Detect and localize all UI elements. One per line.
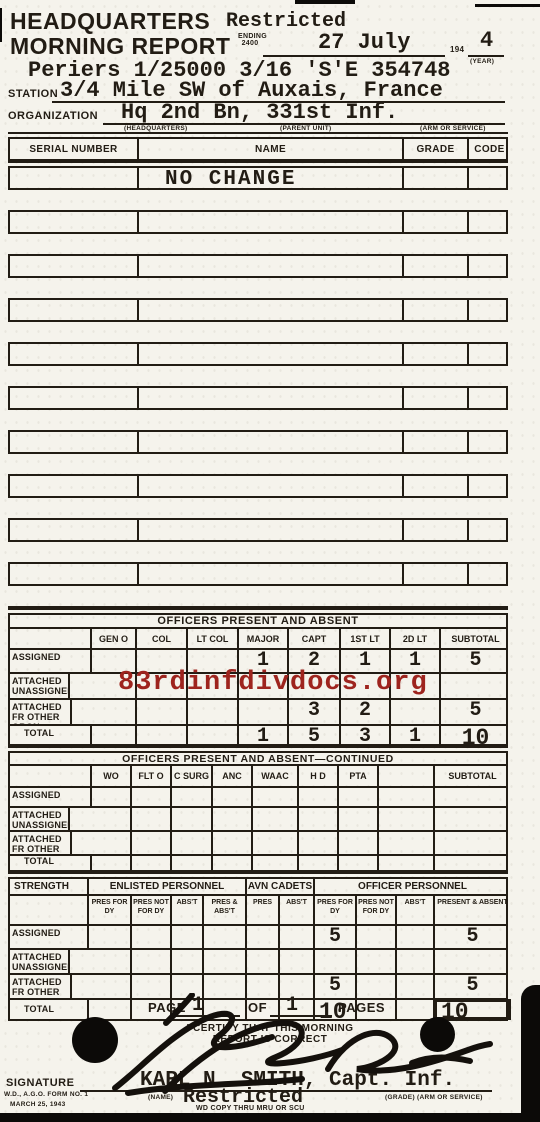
strength-group-header: STRENGTH ENLISTED PERSONNEL AVN CADETS O… (8, 879, 508, 896)
roster-header-row: SERIAL NUMBER NAME GRADE CODE (8, 139, 508, 161)
roster-spacer (8, 586, 508, 608)
rule (8, 872, 508, 879)
rule (8, 132, 508, 139)
corner-cell (10, 896, 89, 924)
col-major: MAJOR (239, 629, 289, 648)
roster-cell-code (469, 168, 510, 188)
col-subtotal: SUBTOTAL (441, 629, 510, 648)
signature-label: SIGNATURE (6, 1077, 74, 1089)
group-enlisted: ENLISTED PERSONNEL (89, 879, 247, 894)
organization-value: Hq 2nd Bn, 331st Inf. (121, 100, 398, 125)
roster-spacer (8, 190, 508, 212)
roster-row (8, 564, 508, 586)
caption-arm-service: (ARM OR SERVICE) (420, 125, 486, 132)
roster-col-name: NAME (139, 139, 404, 159)
col-subtotal: SUBTOTAL (435, 766, 510, 786)
col-anc: ANC (213, 766, 253, 786)
organization-label: ORGANIZATION (8, 110, 98, 122)
roster-cell-name: NO CHANGE (139, 168, 404, 188)
officers-row-total: TOTAL 1 5 3 1 10 (8, 726, 508, 746)
row-label: ASSIGNED (10, 650, 92, 672)
officers-table-title: OFFICERS PRESENT AND ABSENT (8, 615, 508, 629)
group-officer: OFFICER PERSONNEL (315, 879, 510, 894)
roster-spacer (8, 410, 508, 432)
roster-row (8, 300, 508, 322)
roster-cell-serial (10, 168, 139, 188)
roster-row (8, 212, 508, 234)
col-gen-o: GEN O (92, 629, 137, 648)
form-title-headquarters: HEADQUARTERS (10, 8, 210, 35)
col-capt: CAPT (289, 629, 341, 648)
scan-artifact (0, 8, 2, 42)
roster-cell-grade (404, 168, 469, 188)
date-value: 27 July (318, 30, 410, 55)
ending-2400-label: ENDING 2400 (238, 33, 262, 47)
form-title-morning-report: MORNING REPORT (10, 33, 230, 60)
strength-label: STRENGTH (10, 879, 89, 894)
col-waac: WAAC (253, 766, 299, 786)
rule (8, 746, 508, 753)
strength-subheader-row: PRES FOR DY PRES NOT FOR DY ABS'T PRES &… (8, 896, 508, 926)
col-wo: WO (92, 766, 132, 786)
officers-row-attached-fr-other: ATTACHED FR OTHER ORGN 3 2 5 (8, 700, 508, 726)
date-field: 27 July (263, 30, 445, 57)
roster-spacer (8, 278, 508, 300)
caption-parent-unit: (PARENT UNIT) (280, 125, 331, 132)
cont-row-total: TOTAL (8, 856, 508, 872)
row-label: TOTAL (10, 726, 92, 744)
corner-cell (10, 629, 92, 648)
col-col: COL (137, 629, 188, 648)
row-label: ATTACHED UNASSIGNED (10, 808, 70, 830)
organization-field: Hq 2nd Bn, 331st Inf. (103, 100, 505, 125)
roster-spacer (8, 322, 508, 344)
row-label: ATTACHED FR OTHER ORGN (10, 700, 72, 724)
row-label: ATTACHED UNASSIGNED (10, 674, 70, 698)
scan-artifact (475, 4, 540, 7)
officers-header-row: GEN O COL LT COL MAJOR CAPT 1ST LT 2D LT… (8, 629, 508, 650)
col-h-d: H D (299, 766, 339, 786)
col-pta: PTA (339, 766, 379, 786)
ending-time: 2400 (238, 40, 262, 47)
row-label: ASSIGNED (10, 926, 89, 948)
row-label: ATTACHED FR OTHER ORGN (10, 975, 72, 998)
roster-col-serial-number: SERIAL NUMBER (10, 139, 139, 159)
year-field: 4 (468, 28, 504, 57)
group-avn-cadets: AVN CADETS (247, 879, 315, 894)
roster-spacer (8, 366, 508, 388)
col-lt-col: LT COL (188, 629, 239, 648)
scan-artifact (295, 0, 355, 4)
strength-row-assigned: ASSIGNED 5 5 (8, 926, 508, 950)
roster-col-code: CODE (469, 139, 510, 159)
strength-row-attached-unassigned: ATTACHED UNASSIGNED (8, 950, 508, 975)
year-caption: (YEAR) (470, 58, 494, 65)
routing-note: WD COPY THRU MRU OR SCU (196, 1105, 305, 1112)
form-date: MARCH 25, 1943 (10, 1101, 66, 1108)
morning-report-document: HEADQUARTERS Restricted MORNING REPORT E… (0, 0, 540, 1122)
officers-continued-title: OFFICERS PRESENT AND ABSENT—CONTINUED (8, 753, 508, 766)
cont-row-attached-fr-other: ATTACHED FR OTHER ORGN (8, 832, 508, 856)
rule (8, 608, 508, 615)
year-value: 4 (480, 28, 493, 53)
signature-scrawl (70, 993, 500, 1105)
caption-headquarters: (HEADQUARTERS) (124, 125, 187, 132)
row-label: TOTAL (10, 856, 92, 870)
roster-row (8, 520, 508, 542)
station-label: STATION (8, 88, 58, 100)
row-label: ASSIGNED (10, 788, 92, 806)
roster-col-grade: GRADE (404, 139, 469, 159)
roster-row (8, 388, 508, 410)
rule (8, 161, 508, 168)
roster-spacer (8, 454, 508, 476)
scan-border-bottom (0, 1113, 540, 1122)
col-blank (379, 766, 435, 786)
corner-cell (10, 766, 92, 786)
roster-row: NO CHANGE (8, 168, 508, 190)
roster-row (8, 256, 508, 278)
year-prefix: 194 (450, 45, 464, 54)
scan-border-right (521, 985, 540, 1122)
roster-spacer (8, 498, 508, 520)
roster-row (8, 432, 508, 454)
col-1st-lt: 1ST LT (341, 629, 391, 648)
roster-spacer (8, 234, 508, 256)
roster-row (8, 476, 508, 498)
col-c-surg: C SURG (172, 766, 213, 786)
watermark: 83rdinfdivdocs.org (118, 668, 428, 698)
roster-row (8, 344, 508, 366)
roster-spacer (8, 542, 508, 564)
ending-label: ENDING (238, 33, 262, 40)
col-flt-o: FLT O (132, 766, 172, 786)
tables-region: SERIAL NUMBER NAME GRADE CODE NO CHANGE (8, 132, 508, 1021)
row-label: ATTACHED FR OTHER ORGN (10, 832, 72, 854)
col-2d-lt: 2D LT (391, 629, 441, 648)
cont-row-attached-unassigned: ATTACHED UNASSIGNED (8, 808, 508, 832)
row-label: ATTACHED UNASSIGNED (10, 950, 70, 973)
cont-row-assigned: ASSIGNED (8, 788, 508, 808)
officers-cont-header-row: WO FLT O C SURG ANC WAAC H D PTA SUBTOTA… (8, 766, 508, 788)
